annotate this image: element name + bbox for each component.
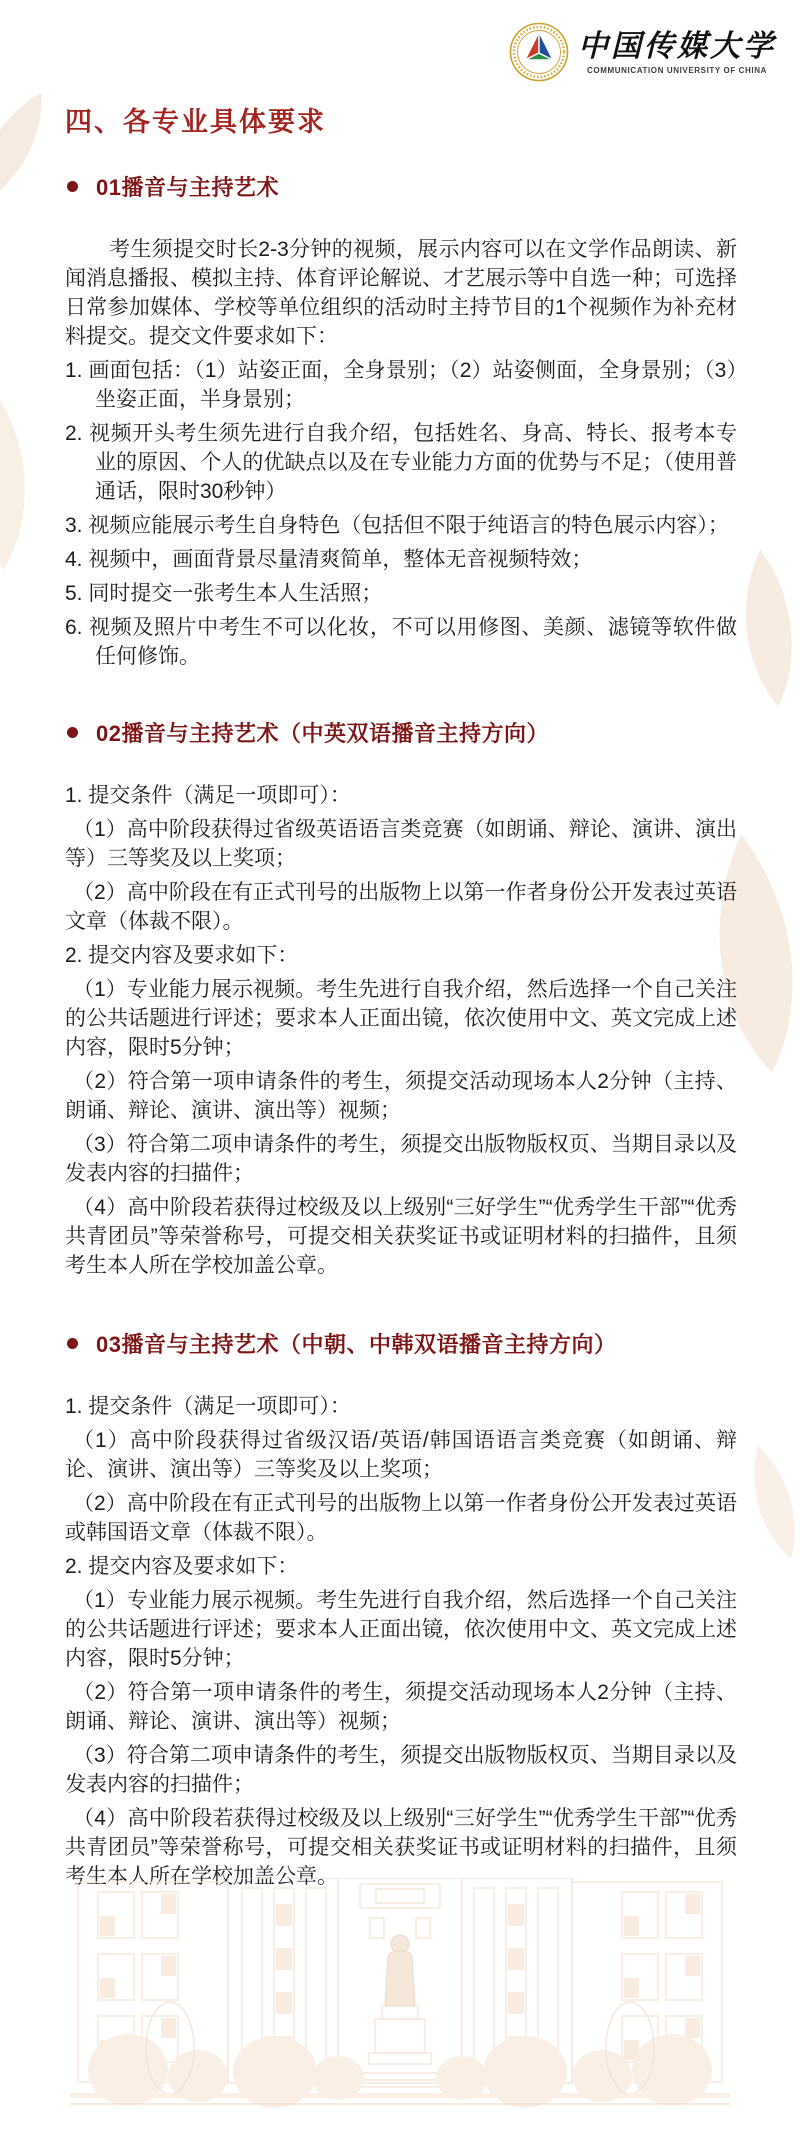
leaf-watermark (0, 78, 73, 226)
list-item: 1. 提交条件（满足一项即可）： (65, 781, 737, 810)
section-01-broadcasting-hosting: 01播音与主持艺术 考生须提交时长2-3分钟的视频，展示内容可以在文学作品朗读、… (65, 171, 737, 671)
section-heading-label: 03播音与主持艺术（中朝、中韩双语播音主持方向） (96, 1328, 616, 1359)
section-heading: 02播音与主持艺术（中英双语播音主持方向） (65, 717, 737, 748)
list-item: 1. 提交条件（满足一项即可）： (65, 1392, 737, 1421)
university-name-en: COMMUNICATION UNIVERSITY OF CHINA (587, 66, 767, 75)
list-item: 2. 提交内容及要求如下： (65, 1552, 737, 1581)
list-item: 2. 提交内容及要求如下： (65, 941, 737, 970)
circle-bullet-icon (67, 181, 78, 192)
page-title: 四、各专业具体要求 (65, 100, 737, 139)
list-item: （3）符合第二项申请条件的考生，须提交出版物版权页、当期目录以及发表内容的扫描件… (65, 1130, 737, 1188)
document-content: 四、各专业具体要求 01播音与主持艺术 考生须提交时长2-3分钟的视频，展示内容… (65, 100, 737, 1896)
section-heading-label: 01播音与主持艺术 (96, 171, 279, 202)
list-item: 4. 视频中，画面背景尽量清爽简单，整体无音视频特效； (65, 545, 737, 574)
list-item: （2）高中阶段在有正式刊号的出版物上以第一作者身份公开发表过英语文章（体裁不限）… (65, 878, 737, 936)
university-name-block: 中国传媒大学 COMMUNICATION UNIVERSITY OF CHINA (578, 30, 776, 75)
list-item: （2）高中阶段在有正式刊号的出版物上以第一作者身份公开发表过英语或韩国语文章（体… (65, 1489, 737, 1547)
list-item: （1）高中阶段获得过省级汉语/英语/韩国语语言类竞赛（如朗诵、辩论、演讲、演出等… (65, 1426, 737, 1484)
section-03-cn-kr-bilingual: 03播音与主持艺术（中朝、中韩双语播音主持方向） 1. 提交条件（满足一项即可）… (65, 1328, 737, 1891)
list-item: （2）符合第一项申请条件的考生，须提交活动现场本人2分钟（主持、朗诵、辩论、演讲… (65, 1678, 737, 1736)
circle-bullet-icon (67, 727, 78, 738)
list-item: （3）符合第二项申请条件的考生，须提交出版物版权页、当期目录以及发表内容的扫描件… (65, 1741, 737, 1799)
list-item: 3. 视频应能展示考生自身特色（包括但不限于纯语言的特色展示内容）； (65, 511, 737, 540)
list-item: 1. 画面包括：（1）站姿正面，全身景别；（2）站姿侧面，全身景别；（3）坐姿正… (65, 356, 737, 414)
document-page: 中国传媒大学 COMMUNICATION UNIVERSITY OF CHINA… (0, 0, 800, 2137)
leaf-watermark (728, 1431, 800, 1568)
leaf-watermark (0, 390, 75, 577)
list-item: （2）符合第一项申请条件的考生，须提交活动现场本人2分钟（主持、朗诵、辩论、演讲… (65, 1067, 737, 1125)
list-item: 2. 视频开头考生须先进行自我介绍，包括姓名、身高、特长、报考本专业的原因、个人… (65, 419, 737, 506)
university-logo: 中国传媒大学 COMMUNICATION UNIVERSITY OF CHINA (509, 22, 776, 82)
paragraph: 考生须提交时长2-3分钟的视频，展示内容可以在文学作品朗读、新闻消息播报、模拟主… (65, 235, 737, 351)
section-02-cn-en-bilingual: 02播音与主持艺术（中英双语播音主持方向） 1. 提交条件（满足一项即可）： （… (65, 717, 737, 1280)
circle-bullet-icon (67, 1338, 78, 1349)
section-heading-label: 02播音与主持艺术（中英双语播音主持方向） (96, 717, 549, 748)
list-item: （1）专业能力展示视频。考生先进行自我介绍，然后选择一个自己关注的公共话题进行评… (65, 975, 737, 1062)
cuc-emblem-icon (509, 22, 569, 82)
section-heading: 01播音与主持艺术 (65, 171, 737, 202)
list-item: （4）高中阶段若获得过校级及以上级别“三好学生”“优秀学生干部”“优秀共青团员”… (65, 1193, 737, 1280)
list-item: 5. 同时提交一张考生本人生活照； (65, 579, 737, 608)
list-item: （1）专业能力展示视频。考生先进行自我介绍，然后选择一个自己关注的公共话题进行评… (65, 1586, 737, 1673)
university-name-cn: 中国传媒大学 (578, 30, 776, 64)
section-heading: 03播音与主持艺术（中朝、中韩双语播音主持方向） (65, 1328, 737, 1359)
list-item: （4）高中阶段若获得过校级及以上级别“三好学生”“优秀学生干部”“优秀共青团员”… (65, 1804, 737, 1891)
list-item: （1）高中阶段获得过省级英语语言类竞赛（如朗诵、辩论、演讲、演出等）三等奖及以上… (65, 815, 737, 873)
list-item: 6. 视频及照片中考生不可以化妆，不可以用修图、美颜、滤镜等软件做任何修饰。 (65, 613, 737, 671)
campus-building-watermark (70, 1878, 730, 2110)
